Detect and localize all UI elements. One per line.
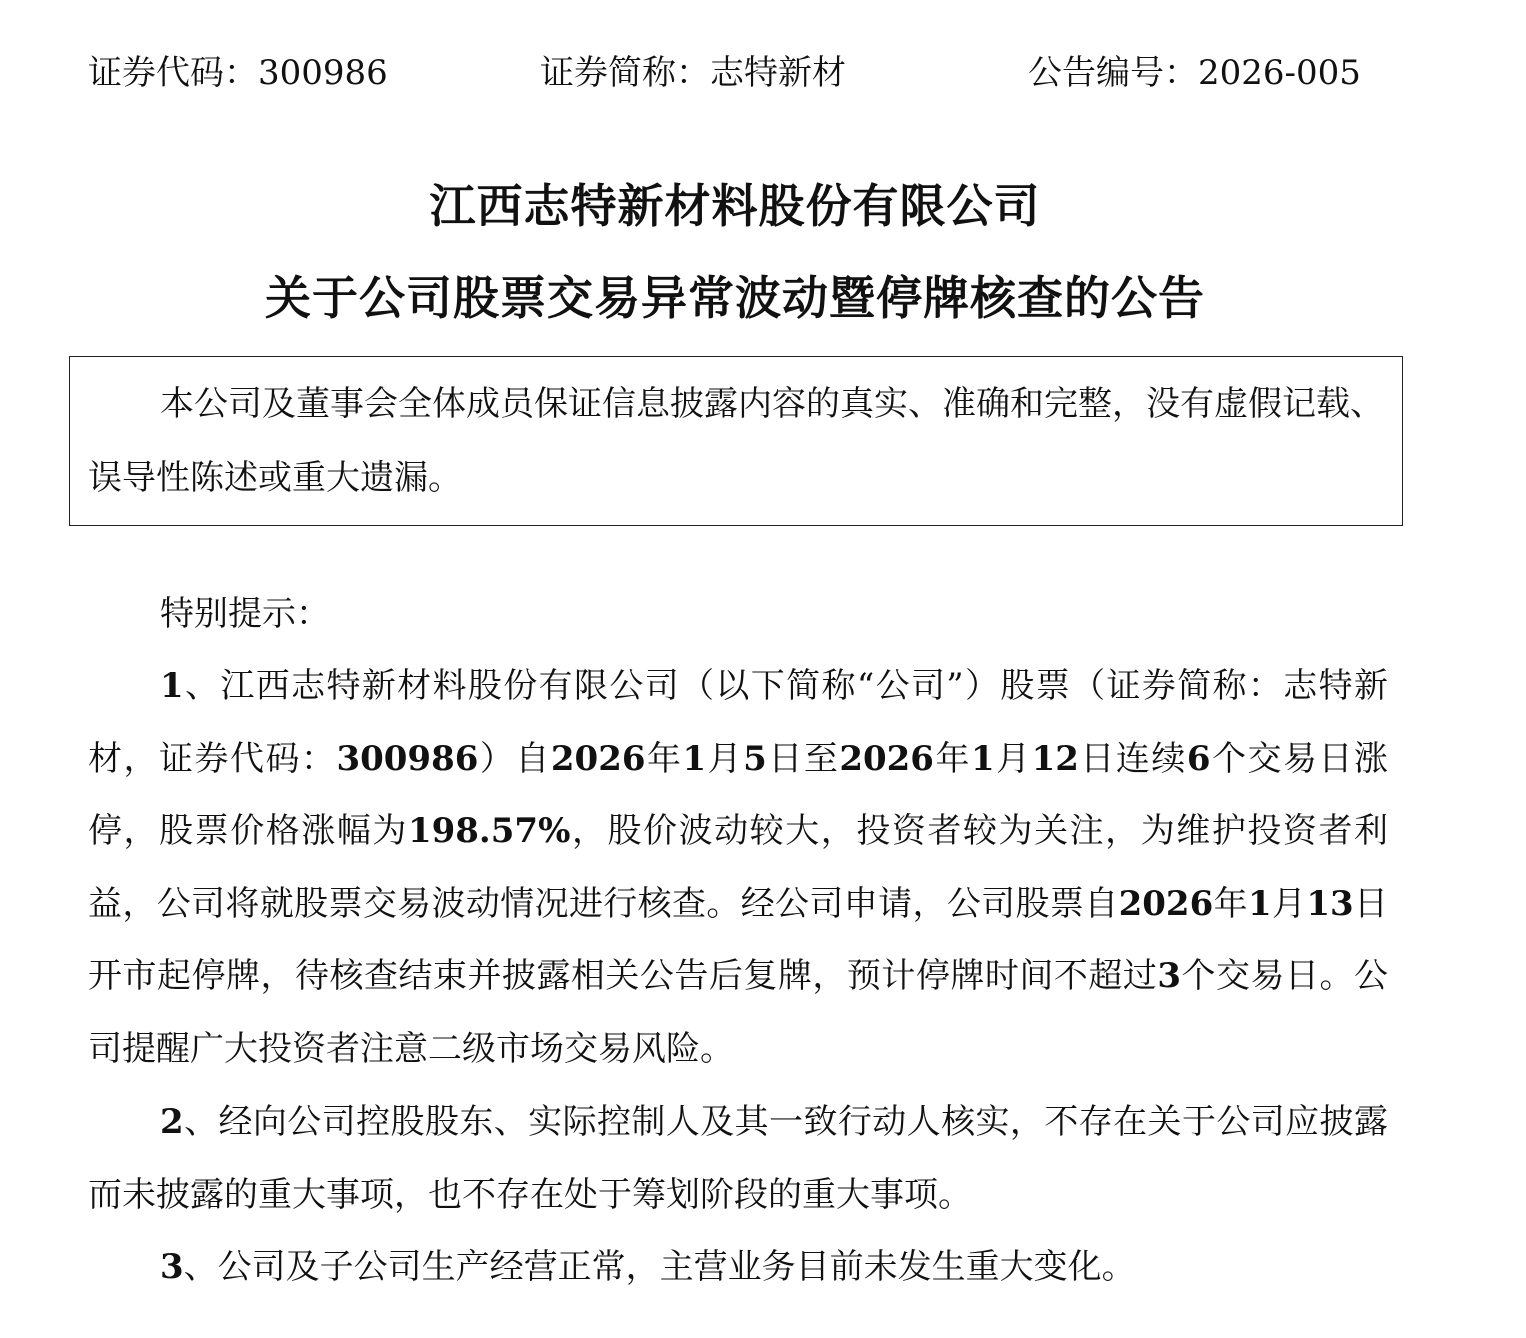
disclaimer-box: 本公司及董事会全体成员保证信息披露内容的真实、准确和完整，没有虚假记载、误导性陈… — [69, 356, 1403, 526]
notice-item-2: 2、经向公司控股股东、实际控制人及其一致行动人核实，不存在关于公司应披露而未披露… — [88, 1086, 1388, 1231]
announcement-number: 公告编号：2026-005 — [1028, 48, 1361, 98]
special-notice-heading: 特别提示： — [88, 578, 1388, 651]
item-number: 3 — [160, 1247, 184, 1287]
notice-item-1: 1、江西志特新材料股份有限公司（以下简称“公司”）股票（证券简称：志特新材，证券… — [88, 650, 1388, 1085]
item-number: 2 — [160, 1102, 184, 1142]
company-title: 江西志特新材料股份有限公司 — [0, 170, 1498, 236]
announcement-title: 关于公司股票交易异常波动暨停牌核查的公告 — [0, 262, 1498, 328]
security-code: 证券代码：300986 — [88, 48, 388, 98]
notice-item-3: 3、公司及子公司生产经营正常，主营业务目前未发生重大变化。 — [88, 1231, 1388, 1304]
security-short-name: 证券简称：志特新材 — [540, 48, 846, 98]
disclaimer-text: 本公司及董事会全体成员保证信息披露内容的真实、准确和完整，没有虚假记载、误导性陈… — [88, 367, 1388, 515]
item-number: 1 — [160, 666, 184, 706]
document-header: 证券代码：300986 证券简称：志特新材 公告编号：2026-005 — [0, 48, 1526, 98]
